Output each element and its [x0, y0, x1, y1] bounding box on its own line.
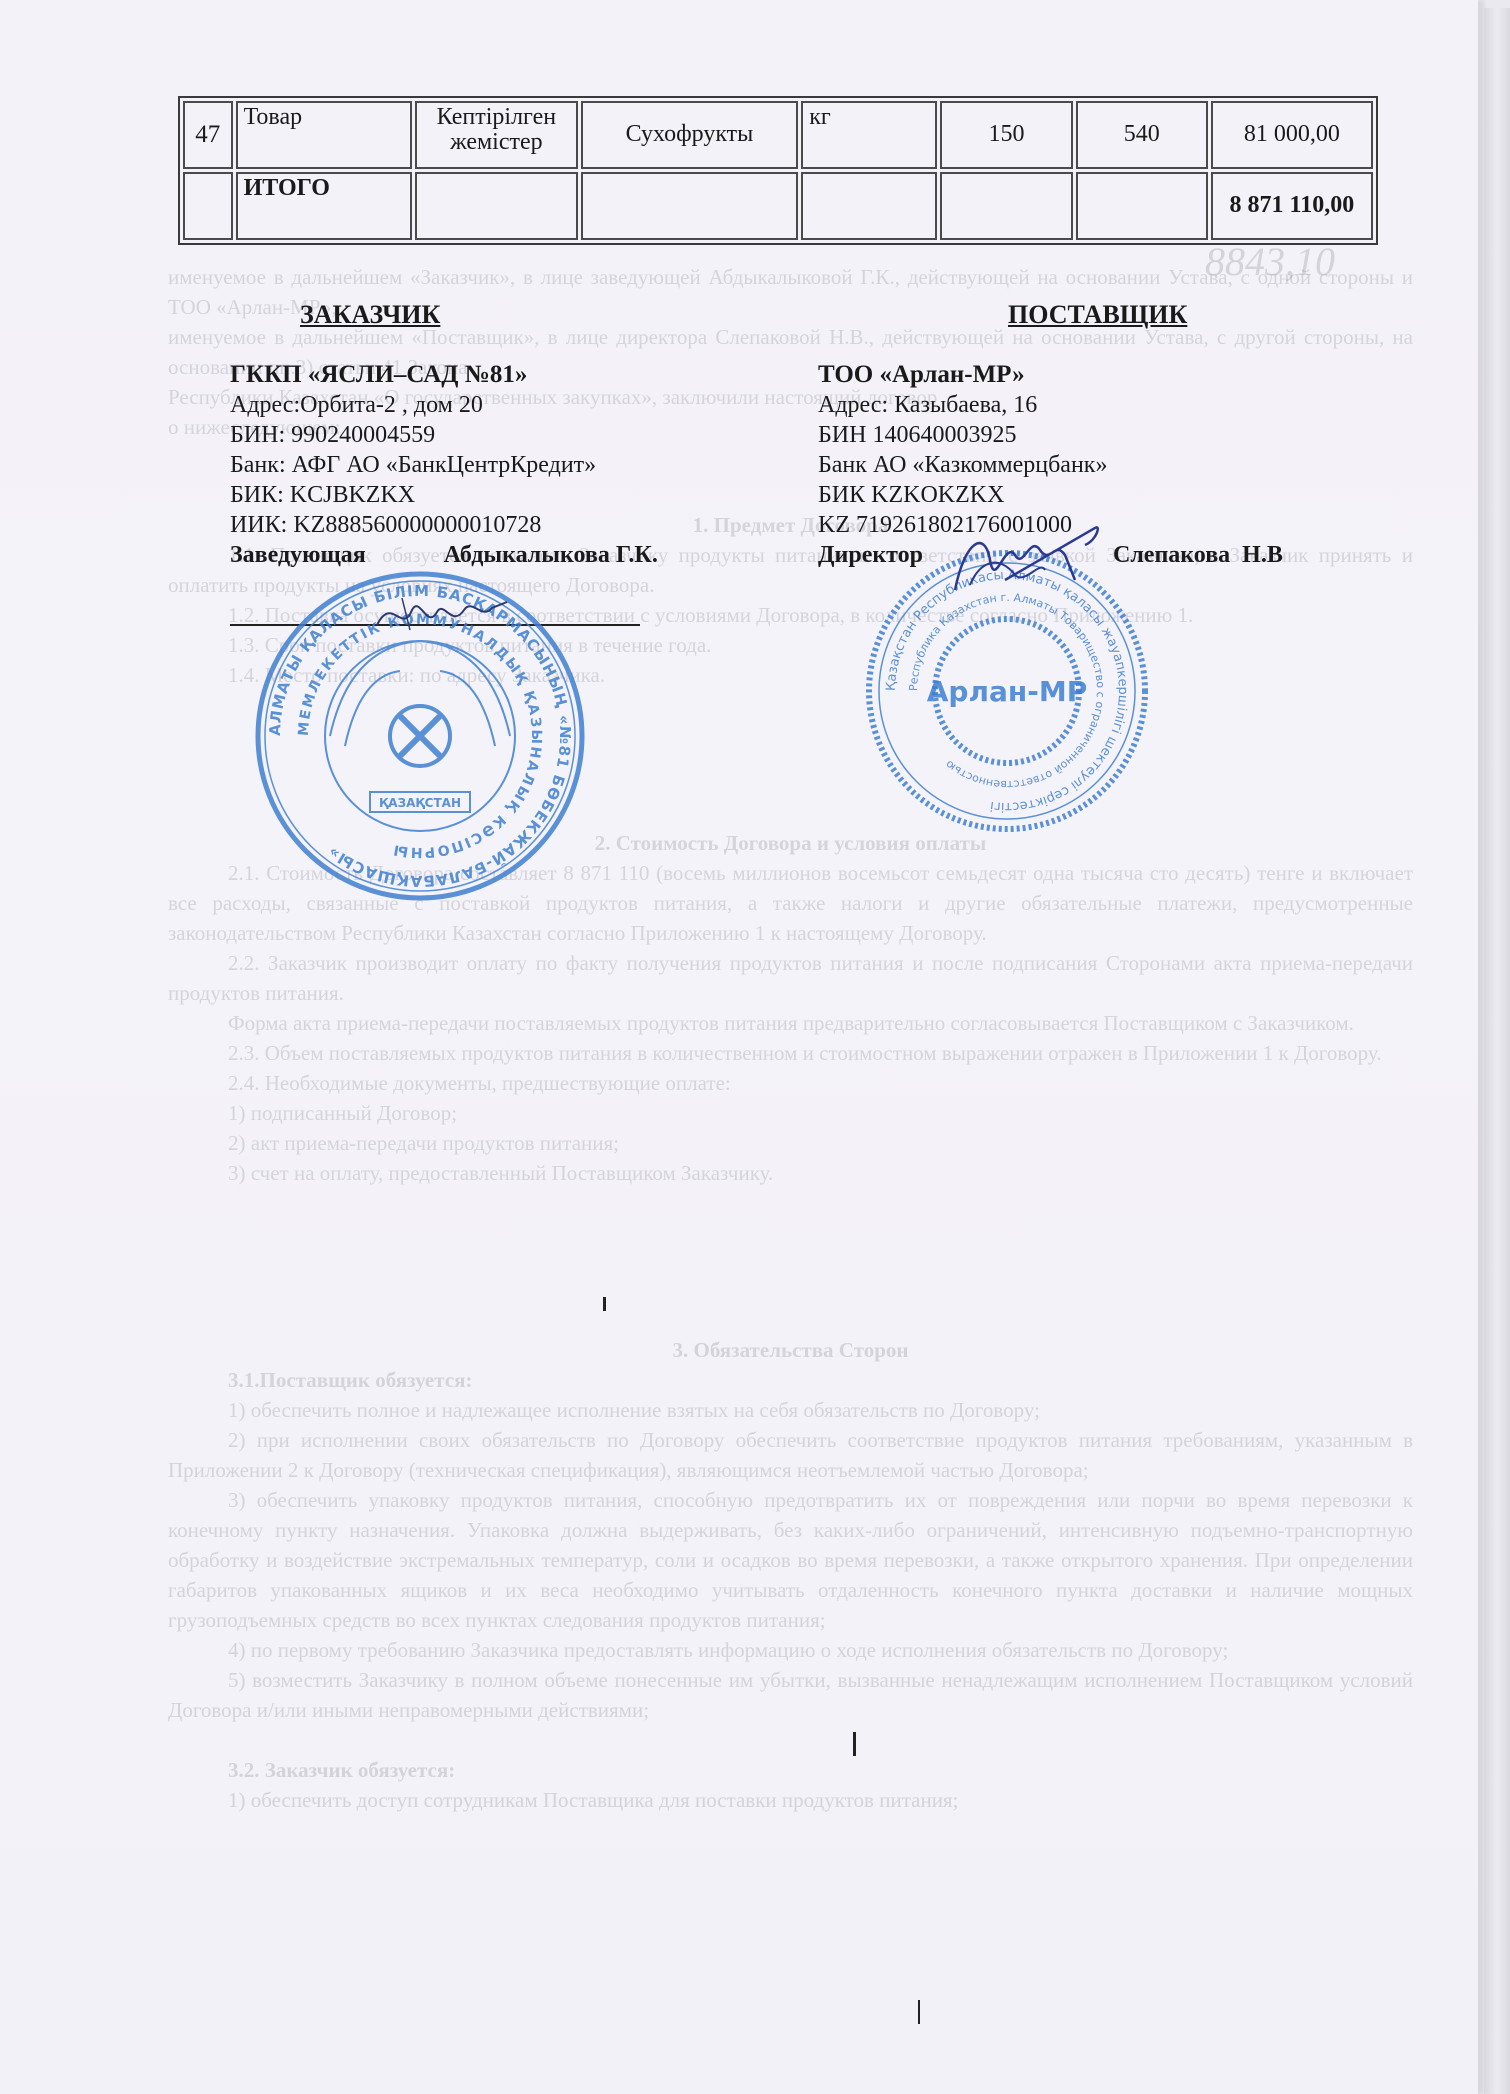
scan-mark — [853, 1732, 856, 1756]
customer-stamp-emblem-text: ҚАЗАҚСТАН — [379, 796, 461, 810]
empty-cell — [581, 172, 798, 240]
row-unit: кг — [801, 101, 937, 169]
supplier-bik: БИК KZKOKZKX — [818, 480, 1378, 510]
bleed-subheading: 3.1.Поставщик обязуется: — [168, 1365, 1413, 1395]
bleed-through-section-3: 3. Обязательства Сторон 3.1.Поставщик об… — [168, 1335, 1413, 1815]
bleed-subheading: 3.2. Заказчик обязуется: — [168, 1755, 1413, 1785]
scan-mark — [603, 1297, 606, 1311]
page-edge — [1484, 8, 1510, 2094]
supplier-org: ТОО «Арлан-МР» — [818, 360, 1378, 390]
bleed-line: 2.2. Заказчик производит оплату по факту… — [168, 948, 1413, 1008]
bleed-line: 2) при исполнении своих обязательств по … — [168, 1425, 1413, 1485]
total-row: ИТОГО 8 871 110,00 — [183, 172, 1373, 240]
bleed-line: Форма акта приема-передачи поставляемых … — [168, 1008, 1413, 1038]
row-sum: 81 000,00 — [1211, 101, 1373, 169]
row-name-kz: Кептірілген жемістер — [415, 101, 578, 169]
customer-bank: Банк: АФГ АО «БанкЦентрКредит» — [230, 450, 790, 480]
customer-heading: ЗАКАЗЧИК — [230, 300, 440, 330]
row-category: Товар — [236, 101, 412, 169]
row-quantity: 150 — [940, 101, 1072, 169]
supplier-heading: ПОСТАВЩИК — [1008, 300, 1187, 330]
customer-address: Адрес:Орбита-2 , дом 20 — [230, 390, 790, 420]
document-page: именуемое в дальнейшем «Заказчик», в лиц… — [0, 0, 1478, 2094]
row-price: 540 — [1076, 101, 1208, 169]
supplier-bank: Банк АО «Казкоммерцбанк» — [818, 450, 1378, 480]
customer-signature-icon — [372, 590, 512, 640]
table-row: 47 Товар Кептірілген жемістер Сухофрукты… — [183, 101, 1373, 169]
customer-signatory: Абдыкалыкова Г.К. — [444, 542, 658, 568]
total-sum: 8 871 110,00 — [1211, 172, 1373, 240]
total-label: ИТОГО — [236, 172, 412, 240]
row-name-ru: Сухофрукты — [581, 101, 798, 169]
supplier-address: Адрес: Казыбаева, 16 — [818, 390, 1378, 420]
customer-bin: БИН: 990240004559 — [230, 420, 790, 450]
bleed-line: 2.4. Необходимые документы, предшествующ… — [168, 1068, 1413, 1098]
bleed-line: 1) обеспечить доступ сотрудникам Поставщ… — [168, 1785, 1413, 1815]
empty-cell — [801, 172, 937, 240]
empty-cell — [415, 172, 578, 240]
bleed-line: 5) возместить Заказчику в полном объеме … — [168, 1665, 1413, 1725]
bleed-heading: 3. Обязательства Сторон — [168, 1335, 1413, 1365]
supplier-signature-icon — [945, 520, 1105, 615]
goods-table: 47 Товар Кептірілген жемістер Сухофрукты… — [178, 96, 1378, 245]
supplier-stamp-center-text: Арлан-МР — [927, 675, 1087, 708]
bleed-line: 2) акт приема-передачи продуктов питания… — [168, 1128, 1413, 1158]
bleed-line: 4) по первому требованию Заказчика предо… — [168, 1635, 1413, 1665]
customer-org: ГККП «ЯСЛИ–САД №81» — [230, 360, 790, 390]
bleed-line: 1) подписанный Договор; — [168, 1098, 1413, 1128]
row-number: 47 — [183, 101, 233, 169]
bleed-line: 2.3. Объем поставляемых продуктов питани… — [168, 1038, 1413, 1068]
bleed-line: 3) обеспечить упаковку продуктов питания… — [168, 1485, 1413, 1635]
customer-role: Заведующая — [230, 542, 366, 568]
bleed-line: 3) счет на оплату, предоставленный Поста… — [168, 1158, 1413, 1188]
customer-bik: БИК: KCJBKZKX — [230, 480, 790, 510]
total-number-cell — [183, 172, 233, 240]
empty-cell — [1076, 172, 1208, 240]
bleed-line: 1) обеспечить полное и надлежащее исполн… — [168, 1395, 1413, 1425]
customer-block: ЗАКАЗЧИК ГККП «ЯСЛИ–САД №81» Адрес:Орбит… — [230, 300, 790, 570]
supplier-bin: БИН 140640003925 — [818, 420, 1378, 450]
scan-mark — [918, 2000, 920, 2024]
customer-iik: ИИК: KZ888560000000010728 — [230, 510, 790, 540]
empty-cell — [940, 172, 1072, 240]
faint-handwritten-number: 8843,10 — [1205, 238, 1335, 285]
